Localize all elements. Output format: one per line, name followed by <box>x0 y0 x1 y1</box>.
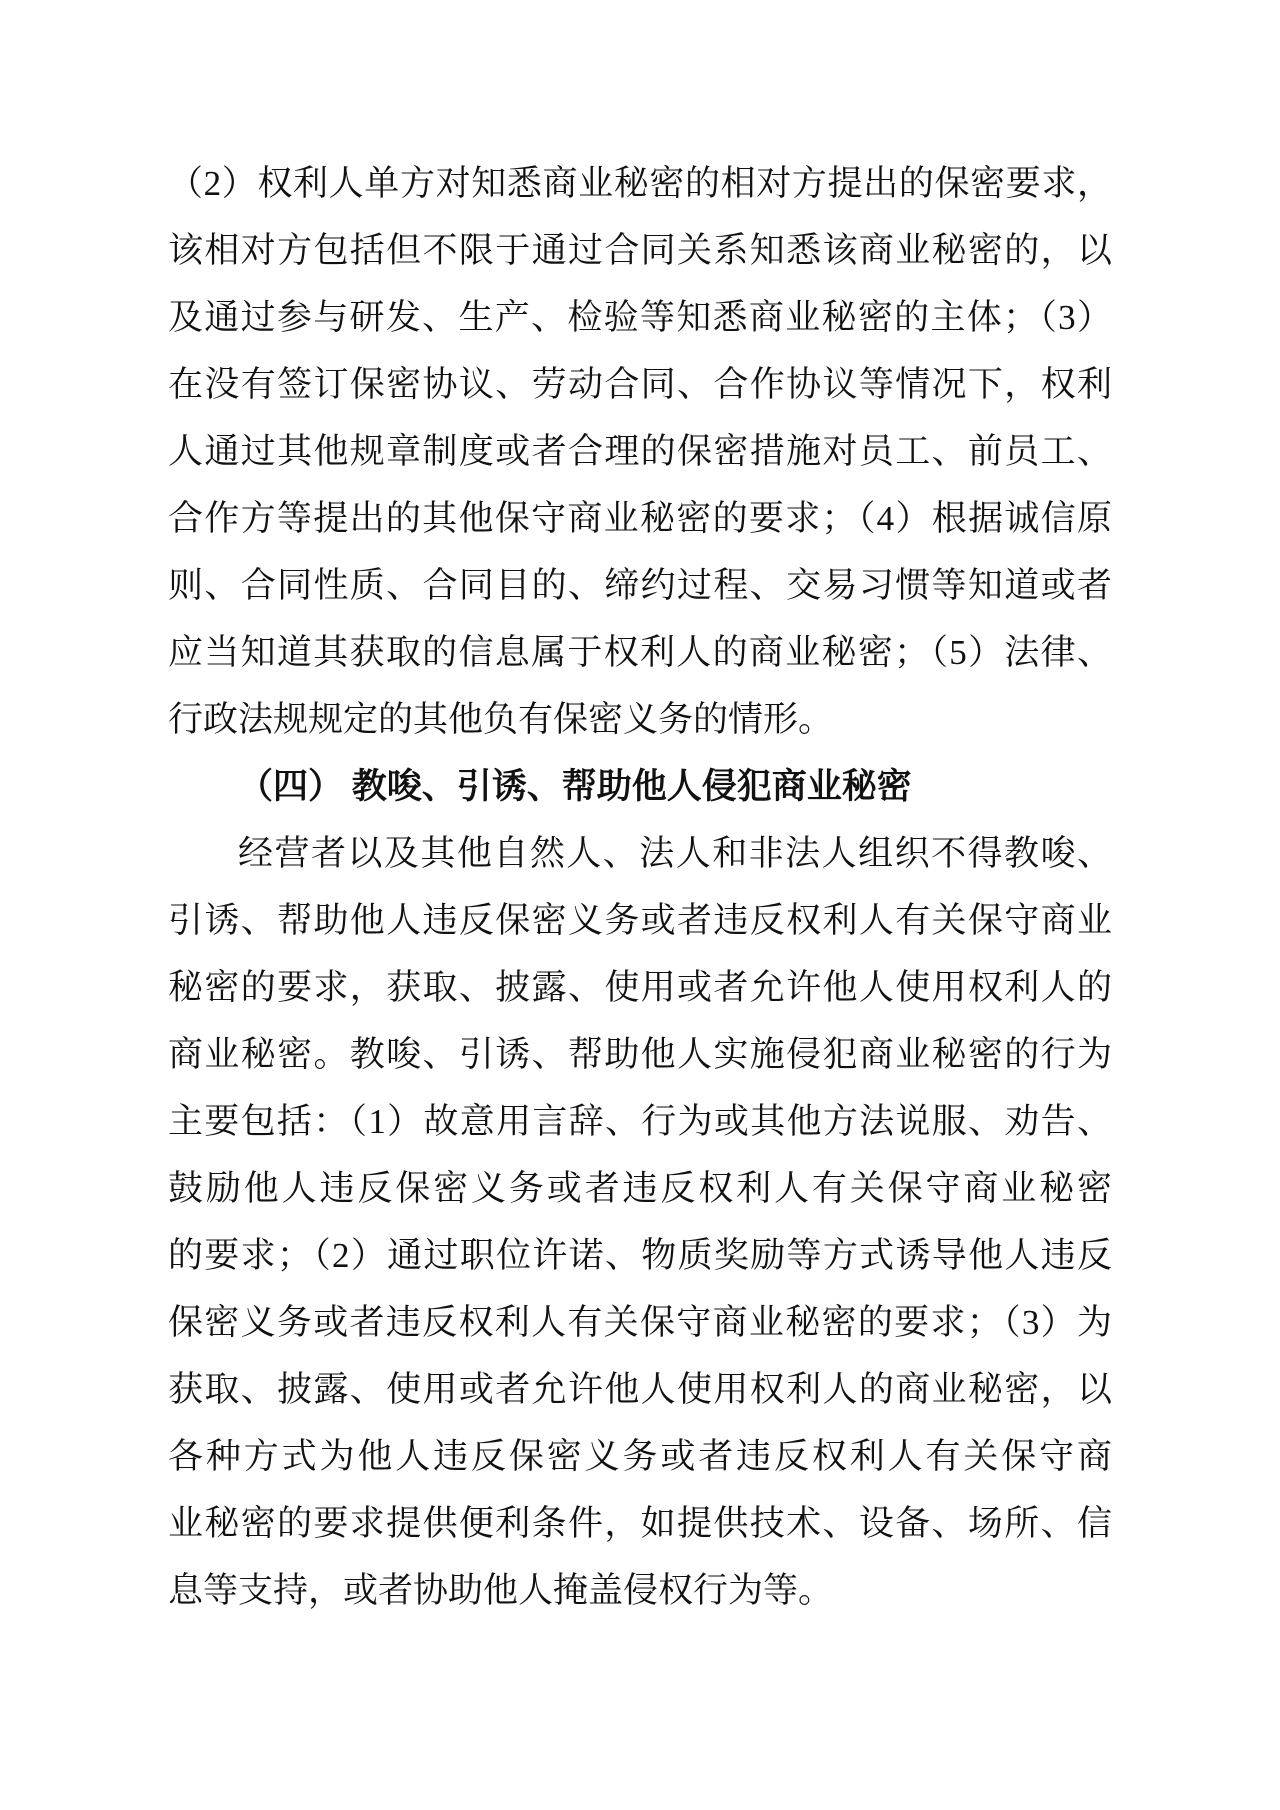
text-line: 该相对方包括但不限于通过合同关系知悉该商业秘密的，以 <box>168 217 1112 284</box>
text-line-paragraph-end: 息等支持，或者协助他人掩盖侵权行为等。 <box>168 1557 1112 1624</box>
text-line: 保密义务或者违反权利人有关保守商业秘密的要求；（3）为 <box>168 1289 1112 1356</box>
text-line: 商业秘密。教唆、引诱、帮助他人实施侵犯商业秘密的行为 <box>168 1021 1112 1088</box>
text-line: 各种方式为他人违反保密义务或者违反权利人有关保守商 <box>168 1423 1112 1490</box>
document-text-block: （2）权利人单方对知悉商业秘密的相对方提出的保密要求， 该相对方包括但不限于通过… <box>168 150 1112 1624</box>
text-line: 秘密的要求，获取、披露、使用或者允许他人使用权利人的 <box>168 954 1112 1021</box>
document-page: （2）权利人单方对知悉商业秘密的相对方提出的保密要求， 该相对方包括但不限于通过… <box>0 0 1280 1810</box>
text-line: 在没有签订保密协议、劳动合同、合作协议等情况下，权利 <box>168 351 1112 418</box>
text-line: 引诱、帮助他人违反保密义务或者违反权利人有关保守商业 <box>168 887 1112 954</box>
text-line: 合作方等提出的其他保守商业秘密的要求；（4）根据诚信原 <box>168 485 1112 552</box>
text-line: 则、合同性质、合同目的、缔约过程、交易习惯等知道或者 <box>168 552 1112 619</box>
text-line: 的要求；（2）通过职位许诺、物质奖励等方式诱导他人违反 <box>168 1222 1112 1289</box>
text-line: （2）权利人单方对知悉商业秘密的相对方提出的保密要求， <box>168 150 1112 217</box>
section-heading: （四） 教唆、引诱、帮助他人侵犯商业秘密 <box>168 753 1112 820</box>
text-line: 业秘密的要求提供便利条件，如提供技术、设备、场所、信 <box>168 1490 1112 1557</box>
text-line: 主要包括：（1）故意用言辞、行为或其他方法说服、劝告、 <box>168 1088 1112 1155</box>
text-line-paragraph-start: 经营者以及其他自然人、法人和非法人组织不得教唆、 <box>168 820 1112 887</box>
text-line: 鼓励他人违反保密义务或者违反权利人有关保守商业秘密 <box>168 1155 1112 1222</box>
text-line: 应当知道其获取的信息属于权利人的商业秘密；（5）法律、 <box>168 619 1112 686</box>
text-line: 人通过其他规章制度或者合理的保密措施对员工、前员工、 <box>168 418 1112 485</box>
text-line: 获取、披露、使用或者允许他人使用权利人的商业秘密，以 <box>168 1356 1112 1423</box>
text-line: 及通过参与研发、生产、检验等知悉商业秘密的主体；（3） <box>168 284 1112 351</box>
text-line-paragraph-end: 行政法规规定的其他负有保密义务的情形。 <box>168 686 1112 753</box>
